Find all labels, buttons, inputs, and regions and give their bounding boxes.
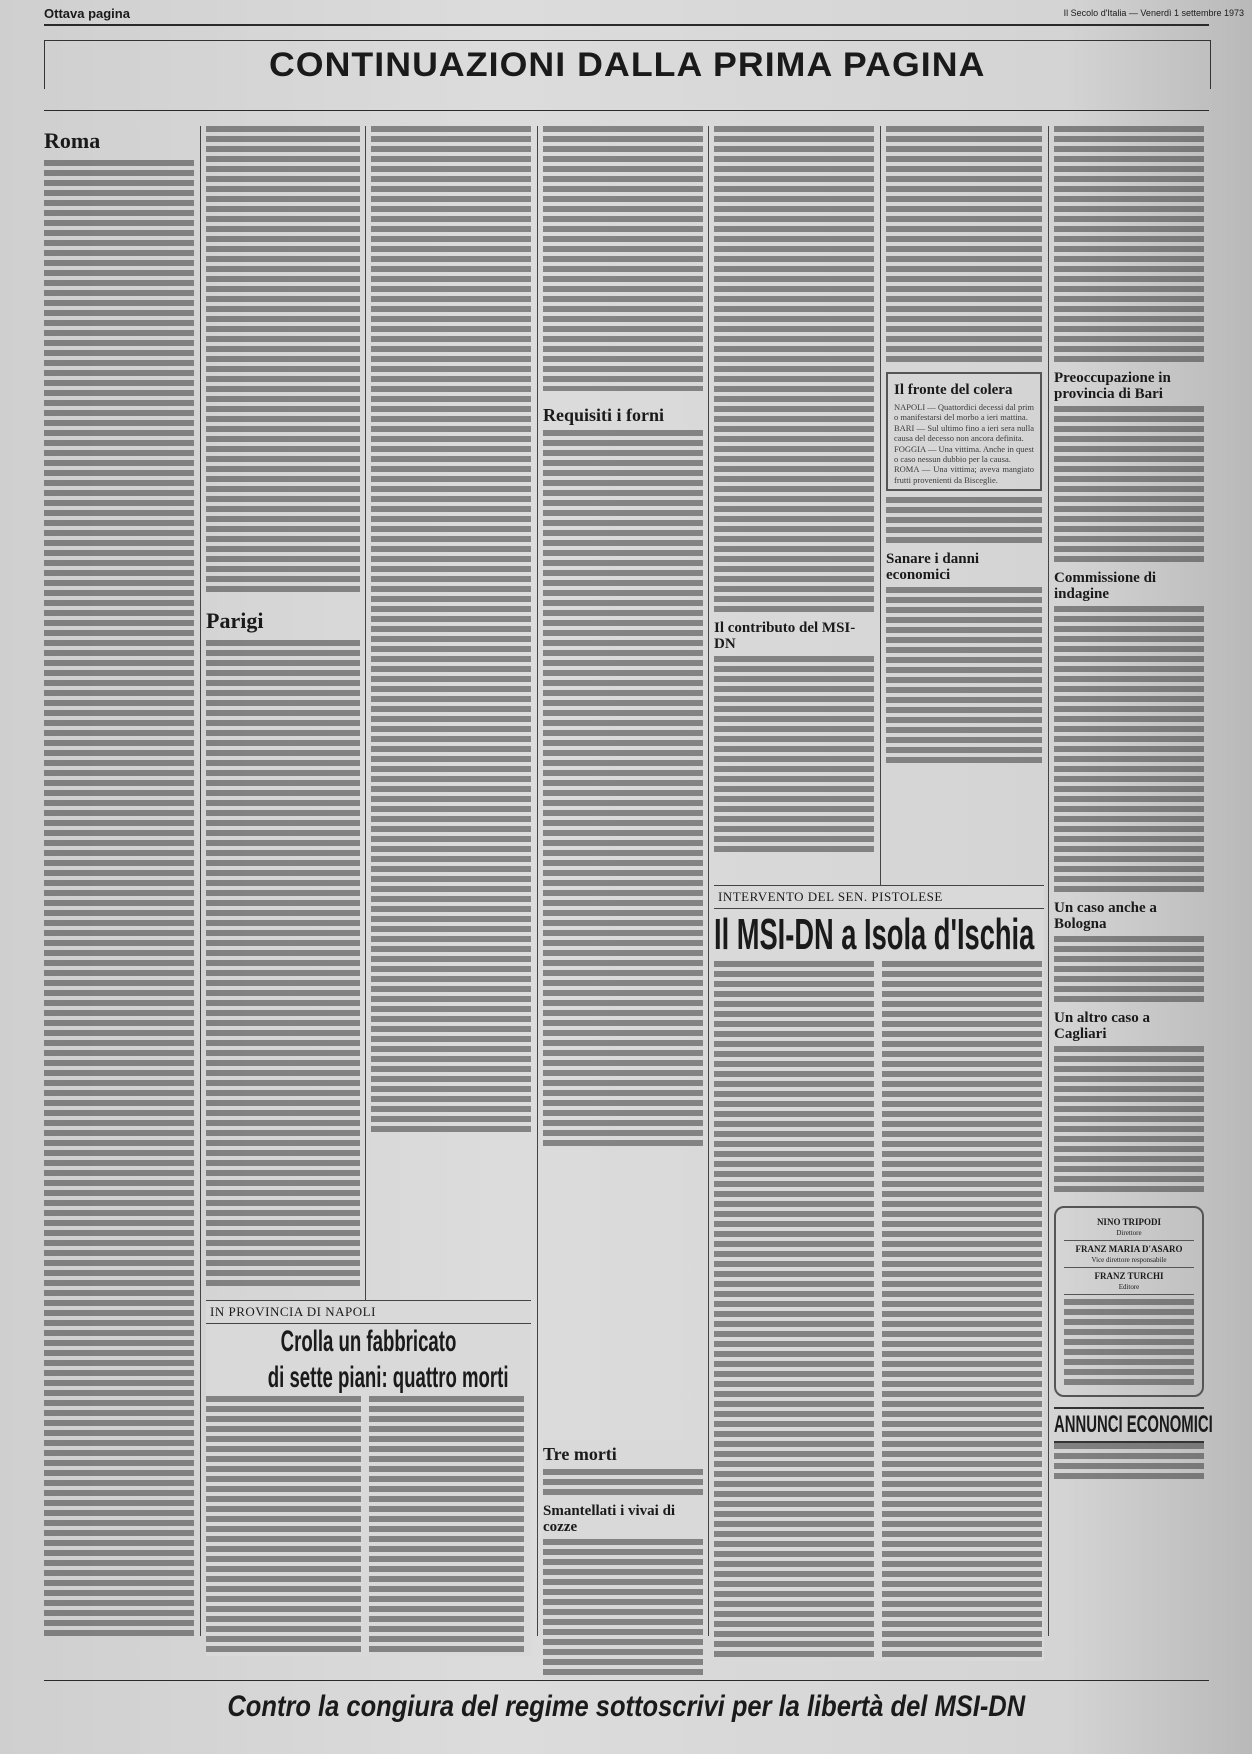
slogan-text: Contro la congiura del regime sottoscriv…: [227, 1690, 1025, 1724]
column-3: [371, 126, 531, 1136]
article-title-parigi: Parigi: [206, 608, 360, 634]
article-body: [1054, 936, 1204, 1006]
article-body: [714, 126, 874, 616]
article-body: [543, 126, 703, 391]
cholera-item: ROMA — Una vittima; aveva mangiato frutt…: [894, 464, 1034, 485]
article-body: [1054, 1046, 1204, 1196]
article-body: [371, 126, 531, 1136]
column-5: Il contributo del MSI-DN: [714, 126, 874, 856]
article-ischia: INTERVENTO DEL SEN. PISTOLESE Il MSI-DN …: [714, 885, 1044, 1661]
header-rule: [44, 24, 1209, 26]
article-body: [1054, 606, 1204, 896]
column-divider: [537, 126, 538, 1636]
article-body: [543, 430, 703, 1150]
article-body: [206, 640, 360, 1290]
cholera-box: Il fronte del colera NAPOLI — Quattordic…: [886, 372, 1042, 491]
section-banner: CONTINUAZIONI DALLA PRIMA PAGINA: [44, 40, 1211, 89]
cholera-title: Il fronte del colera: [894, 382, 1034, 398]
footer-slogan: Contro la congiura del regime sottoscriv…: [0, 1690, 1252, 1724]
article-headline: Il MSI-DN a Isola d'Ischia: [714, 909, 919, 961]
article-napoli: IN PROVINCIA DI NAPOLI Crolla un fabbric…: [206, 1300, 531, 1656]
article-body: [714, 656, 874, 856]
column-7: Preoccupazione in provincia di Bari Comm…: [1054, 126, 1204, 1483]
article-tre-morti: Tre morti Smantellati i vivai di cozze: [543, 1440, 703, 1679]
article-body: [886, 497, 1042, 547]
column-divider: [200, 126, 201, 1636]
cholera-item: NAPOLI — Quattordici decessi dal primo m…: [894, 402, 1034, 423]
article-body: [44, 160, 194, 1640]
cholera-item: BARI — Sul ultimo fino a ieri sera nulla…: [894, 423, 1034, 444]
article-body: [369, 1396, 524, 1656]
article-body: [714, 961, 874, 1661]
editor-name: FRANZ TURCHIEditore: [1064, 1268, 1194, 1295]
article-body: [882, 961, 1042, 1661]
footer-rule: [44, 1680, 1209, 1681]
column-6: Il fronte del colera NAPOLI — Quattordic…: [886, 126, 1042, 767]
banner-rule: [44, 110, 1209, 111]
column-4: Requisiti i forni: [543, 126, 703, 1150]
article-body: [886, 587, 1042, 767]
article-body: [206, 1396, 361, 1656]
article-headline: Crolla un fabbricato di sette piani: qua…: [206, 1324, 531, 1396]
banner-title: CONTINUAZIONI DALLA PRIMA PAGINA: [269, 46, 985, 85]
classifieds-body: [1054, 1443, 1204, 1483]
article-body: [206, 126, 360, 596]
director-name: NINO TRIPODIDirettore: [1064, 1214, 1194, 1241]
page-label: Ottava pagina: [44, 6, 130, 21]
masthead-details: [1064, 1299, 1194, 1389]
article-title-preoccupazione: Preoccupazione in provincia di Bari: [1054, 370, 1204, 402]
article-subtitle: Smantellati i vivai di cozze: [543, 1503, 703, 1535]
article-title-commissione: Commissione di indagine: [1054, 570, 1204, 602]
article-title-sanare: Sanare i danni economici: [886, 551, 1042, 583]
column-divider: [708, 126, 709, 1636]
page-header: Ottava pagina Il Secolo d'Italia — Vener…: [44, 6, 1244, 22]
classifieds-header: ANNUNCI ECONOMICI: [1054, 1407, 1204, 1443]
article-kicker: IN PROVINCIA DI NAPOLI: [206, 1300, 531, 1324]
article-title-cagliari: Un altro caso a Cagliari: [1054, 1010, 1204, 1042]
newspaper-page: Ottava pagina Il Secolo d'Italia — Vener…: [0, 0, 1252, 1754]
classifieds-title: ANNUNCI ECONOMICI: [1054, 1411, 1147, 1439]
article-body: [543, 1469, 703, 1499]
article-body: [1054, 126, 1204, 366]
column-2: Parigi: [206, 126, 360, 1290]
cholera-item: FOGGIA — Una vittima. Anche in questo ca…: [894, 444, 1034, 465]
article-title-bologna: Un caso anche a Bologna: [1054, 900, 1204, 932]
article-roma: Roma: [44, 126, 194, 1640]
article-title: Roma: [44, 128, 194, 154]
paper-date: Il Secolo d'Italia — Venerdì 1 settembre…: [1064, 8, 1244, 18]
article-kicker: INTERVENTO DEL SEN. PISTOLESE: [714, 885, 1044, 909]
article-title: Tre morti: [543, 1444, 703, 1465]
article-title-requisiti: Requisiti i forni: [543, 405, 703, 426]
article-body: [1054, 406, 1204, 566]
masthead-box: NINO TRIPODIDirettore FRANZ MARIA D'ASAR…: [1054, 1206, 1204, 1397]
article-body: [886, 126, 1042, 366]
article-body: [543, 1539, 703, 1679]
column-divider: [1048, 126, 1049, 1636]
article-title-contributo: Il contributo del MSI-DN: [714, 620, 874, 652]
vice-director-name: FRANZ MARIA D'ASAROVice direttore respon…: [1064, 1241, 1194, 1268]
